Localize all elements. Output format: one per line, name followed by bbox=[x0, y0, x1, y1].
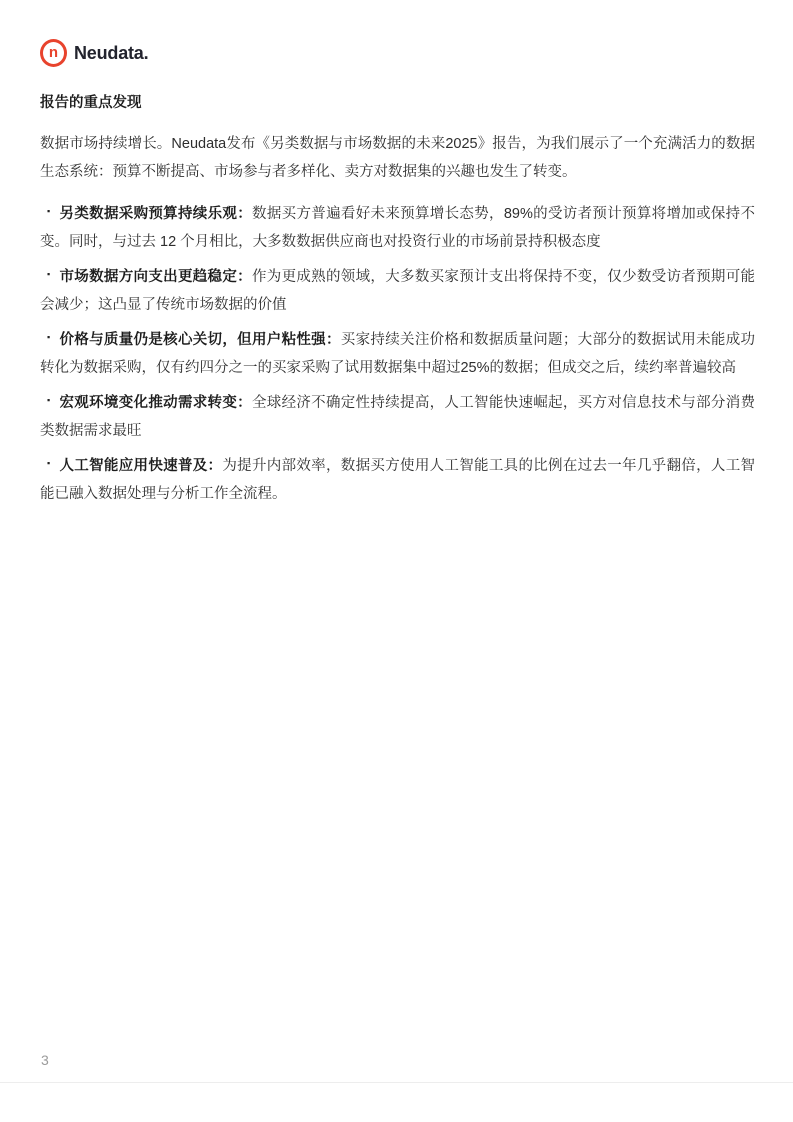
intro-paragraph: 数据市场持续增长。Neudata发布《另类数据与市场数据的未来2025》报告，为… bbox=[40, 131, 755, 186]
report-page: n Neudata. 报告的重点发现 数据市场持续增长。Neudata发布《另类… bbox=[0, 0, 793, 1122]
bullet-square-icon: ▪ bbox=[47, 324, 50, 352]
bullet-lead: 价格与质量仍是核心关切，但用户粘性强： bbox=[59, 332, 341, 348]
bullet-lead: 宏观环境变化推动需求转变： bbox=[59, 395, 252, 411]
neudata-logo: n Neudata. bbox=[40, 38, 755, 68]
bullet-lead: 另类数据采购预算持续乐观： bbox=[59, 206, 252, 222]
list-item: ▪宏观环境变化推动需求转变：全球经济不确定性持续提高，人工智能快速崛起，买方对信… bbox=[40, 387, 755, 445]
bullet-square-icon: ▪ bbox=[47, 450, 50, 478]
page-number: 3 bbox=[41, 1052, 49, 1068]
neudata-wordmark: Neudata. bbox=[74, 43, 148, 64]
list-item: ▪另类数据采购预算持续乐观：数据买方普遍看好未来预算增长态势，89%的受访者预计… bbox=[40, 198, 755, 256]
page-title: 报告的重点发现 bbox=[40, 91, 755, 112]
bullet-lead: 人工智能应用快速普及： bbox=[59, 458, 222, 474]
list-item: ▪价格与质量仍是核心关切，但用户粘性强：买家持续关注价格和数据质量问题；大部分的… bbox=[40, 324, 755, 382]
bullet-lead: 市场数据方向支出更趋稳定： bbox=[59, 269, 252, 285]
key-findings-list: ▪另类数据采购预算持续乐观：数据买方普遍看好未来预算增长态势，89%的受访者预计… bbox=[40, 198, 755, 508]
page-bottom-divider bbox=[0, 1082, 793, 1083]
bullet-square-icon: ▪ bbox=[47, 198, 50, 226]
neudata-ring-n-icon: n bbox=[40, 39, 67, 67]
list-item: ▪市场数据方向支出更趋稳定：作为更成熟的领域，大多数买家预计支出将保持不变，仅少… bbox=[40, 261, 755, 319]
bullet-square-icon: ▪ bbox=[47, 261, 50, 289]
list-item: ▪人工智能应用快速普及：为提升内部效率，数据买方使用人工智能工具的比例在过去一年… bbox=[40, 450, 755, 508]
bullet-square-icon: ▪ bbox=[47, 387, 50, 415]
